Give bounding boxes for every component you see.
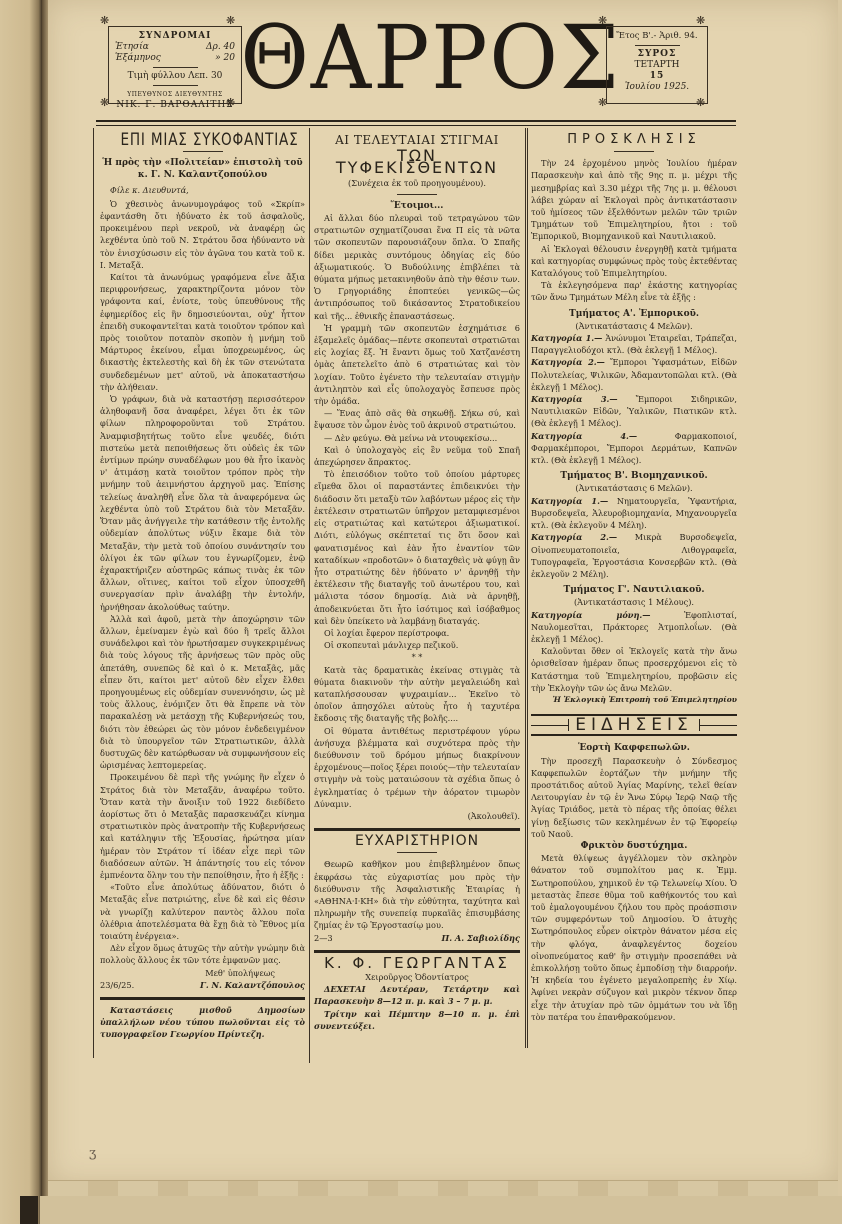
continuation-note: (Συνέχεια ἐκ τοῦ προηγουμένου).: [314, 177, 520, 189]
book-spine-left-page: [0, 0, 42, 1224]
rule: [700, 725, 737, 726]
row-label: Ἐτησία: [115, 42, 149, 53]
paragraph: «Τοῦτο εἶνε ἀπολύτως ἀδύνατον, διότι ὁ Μ…: [100, 881, 305, 942]
closing: Μεθ' ὑπολήψεως: [100, 967, 275, 979]
paragraph: Οἱ σκοπευταὶ μάνλιχερ πεζικοῦ.: [314, 639, 520, 651]
paragraph: Κατὰ τὰς δραματικὰς ἐκείνας στιγμὰς τὰ θ…: [314, 664, 520, 725]
category: Κατηγορία 4.— Φαρμακοποιοί, Φαρμακέμπορο…: [531, 430, 737, 467]
headline-line-2: ΤΩΝ ΤΥΦΕΚΙΣΘΕΝΤΩΝ: [314, 150, 520, 174]
paragraph: Αἱ Ἐκλογαὶ θέλουσιν ἐνεργηθῇ κατὰ τμήματ…: [531, 243, 737, 280]
row-value: Δρ. 40: [206, 42, 235, 53]
section-title: Ἕτοιμοι...: [314, 200, 520, 212]
paragraph: Προκειμένου δὲ περὶ τῆς γνώμης ἣν εἶχεν …: [100, 771, 305, 881]
category-label: Κατηγορία 4.—: [531, 431, 637, 441]
news-title: Φρικτὸν δυστύχημα.: [531, 840, 737, 852]
ad-name: Κ. Φ. ΓΕΩΡΓΑΝΤΑΣ: [314, 957, 520, 969]
thanks-text: Θεωρῶ καθῆκον μου ἐπιβεβλημένον ὅπως ἐκφ…: [314, 858, 520, 931]
subscription-row-annual: Ἐτησία Δρ. 40: [115, 42, 235, 53]
place: ΣΥΡΟΣ: [613, 49, 701, 60]
paragraph: Οἱ λοχίαι ἔφερον περίστροφα.: [314, 627, 520, 639]
committee-signature: Ἡ Ἐκλογικὴ Ἐπιτροπὴ τοῦ Ἐπιμελητηρίου: [531, 694, 737, 706]
divider: [314, 950, 520, 953]
section-title: Τμήματος Β'. Βιομηχανικοῦ.: [531, 470, 737, 482]
column-rule: [93, 128, 94, 1058]
weekday: ΤΕΤΑΡΤΗ: [613, 60, 701, 71]
ref-number: 2—3: [314, 932, 333, 944]
divider: [614, 151, 654, 152]
category: Κατηγορία μόνη.— Ἐφοπλισταί, Ναυλομεσῖτα…: [531, 609, 737, 646]
news-header-label: ΕΙΔΗΣΕΙΣ: [568, 719, 699, 731]
divider: [397, 194, 437, 195]
headline-prosklisis: ΠΡΟΣΚΛΗΣΙΣ: [531, 134, 737, 146]
ad-hours: Τρίτην καὶ Πέμπτην 8—10 π. μ. ἐπὶ συνεντ…: [314, 1008, 520, 1032]
ad-hours: ΔΕΧΕΤΑΙ Δευτέραν, Τετάρτην καὶ Παρασκευὴ…: [314, 983, 520, 1007]
lower-pages: [40, 1196, 842, 1224]
headline-sykofantia: ΕΠΙ ΜΙΑΣ ΣΥΚΟΦΑΝΤΙΑΣ: [121, 134, 285, 146]
category-label: Κατηγορία 3.—: [531, 394, 618, 404]
paragraph: Οἱ θύματα ἀντιθέτως περιστρέφουν γύρω ἀν…: [314, 725, 520, 810]
subscription-heading: ΣΥΝΔΡΟΜΑΙ: [115, 31, 235, 42]
column-left: ΕΠΙ ΜΙΑΣ ΣΥΚΟΦΑΝΤΙΑΣ Ἡ πρὸς τὴν «Πολιτεί…: [100, 130, 305, 1041]
category: Κατηγορία 2.— Ἔμποροι Ὑφασμάτων, Εἰδῶν Π…: [531, 356, 737, 393]
category-label: Κατηγορία 1.—: [531, 496, 608, 506]
page-stack-edges: [48, 1180, 838, 1197]
to-be-continued: (Ἀκολουθεῖ).: [314, 810, 520, 822]
paragraph: Ὁ γράφων, διὰ νὰ καταστήσῃ περισσότερον …: [100, 393, 305, 613]
article-subhead: Ἡ πρὸς τὴν «Πολιτείαν» ἐπιστολὴ τοῦ κ. Γ…: [100, 157, 305, 181]
row-label: Ἑξάμηνος: [115, 53, 161, 64]
column-right: ΠΡΟΣΚΛΗΣΙΣ Τὴν 24 ἐρχομένου μηνὸς Ἰουλίο…: [531, 130, 737, 1023]
scan-shadow: [20, 1196, 38, 1224]
row-value: » 20: [215, 53, 235, 64]
paragraph: — Δὲν φεύγω. Θὰ μείνω νὰ ντουφεκίσω...: [314, 432, 520, 444]
letter-date: 23/6/25.: [100, 979, 134, 991]
masthead-rule: [96, 120, 736, 126]
ad-profession: Χειροῦργος Ὀδοντίατρος: [314, 971, 520, 983]
director-name: ΝΙΚ. Γ. ΒΑΡΘΑΛΙΤΗΣ: [115, 100, 235, 111]
paragraph: Ἀλλὰ καὶ ἀφοῦ, μετὰ τὴν ἀποχώρησιν τῶν ἄ…: [100, 613, 305, 772]
notice: Καταστάσεις μισθοῦ Δημοσίων ὑπαλλήλων νέ…: [100, 1004, 305, 1041]
issue-info-box: Ἔτος Β'.- Ἀριθ. 94. ΣΥΡΟΣ ΤΕΤΑΡΤΗ 15 Ἰου…: [606, 26, 708, 104]
section-title: Τμήματος Α'. Ἐμπορικοῦ.: [531, 308, 737, 320]
paragraph: Καὶ ὁ ὑπολοχαγὸς εἰς ἓν νεῦμα τοῦ Σπαῆ ἀ…: [314, 444, 520, 468]
category-label: Κατηγορία 2.—: [531, 532, 617, 542]
column-rule: [309, 128, 310, 1063]
category-label: Κατηγορία 1.—: [531, 333, 602, 343]
category: Κατηγορία 1.— Νηματουργεῖα, Ὑφαντήρια, Β…: [531, 495, 737, 532]
pencil-mark: ʒ: [89, 1146, 96, 1161]
divider: [153, 85, 198, 86]
column-rule: [525, 128, 528, 1048]
news-header: ΕΙΔΗΣΕΙΣ: [531, 714, 737, 736]
paragraph: Καίτοι τὰ ἀνωνύμως γραφόμενα εἶνε ἄξια π…: [100, 271, 305, 393]
newspaper-title: ΘΑΡΡΟΣ: [240, 8, 596, 108]
closing-paragraph: Καλοῦνται ὅθεν οἱ Ἐκλογεῖς κατὰ τὴν ἄνω …: [531, 645, 737, 694]
category-label: Κατηγορία 2.—: [531, 357, 605, 367]
divider: [153, 67, 198, 68]
signature-line: 23/6/25. Γ. Ν. Καλαντζόπουλος: [100, 979, 305, 991]
category: Κατηγορία 3.— Ἔμποροι Σιδηρικῶν, Ναυτιλι…: [531, 393, 737, 430]
rule: [531, 725, 568, 726]
section-note: (Ἀντικατάστασις 6 Μελῶν).: [531, 482, 737, 494]
issue-price: Τιμὴ φύλλου Λεπ. 30: [115, 71, 235, 82]
paragraph: Αἱ ἄλλαι δύο πλευραὶ τοῦ τετραγώνου τῶν …: [314, 212, 520, 322]
category: Κατηγορία 2.— Μικρὰ Βυρσοδεψεῖα, Οἰνοπνε…: [531, 531, 737, 580]
thanks-signature: Π. Α. Σαβιολίδης: [441, 932, 520, 944]
divider: [100, 997, 305, 1000]
paragraph: — Ἕνας ἀπὸ σᾶς θὰ σηκωθῇ. Σήκω σύ, καὶ ἔ…: [314, 407, 520, 431]
salutation: Φίλε κ. Διευθυντά,: [100, 184, 305, 196]
month-year: Ἰουλίου 1925.: [613, 82, 701, 93]
paragraph: Ὁ χθεσινὸς ἀνωνυμογράφος τοῦ «Σκρίπ» ἐφα…: [100, 198, 305, 271]
paragraph: Δὲν εἶχον ὅμως ἀτυχῶς τὴν αὐτὴν γνώμην δ…: [100, 942, 305, 966]
paragraph: Τὰ ἐκλεγησόμενα παρ' ἑκάστης κατηγορίας …: [531, 279, 737, 303]
year-number: Ἔτος Β'.- Ἀριθ. 94.: [613, 31, 701, 42]
column-middle: ΑΙ ΤΕΛΕΥΤΑΙΑΙ ΣΤΙΓΜΑΙ ΤΩΝ ΤΥΦΕΚΙΣΘΕΝΤΩΝ …: [314, 130, 520, 1032]
news-text: Μετὰ θλίψεως ἀγγέλλομεν τὸν σκληρὸν θάνα…: [531, 852, 737, 1023]
divider: [314, 828, 520, 831]
category-label: Κατηγορία μόνη.—: [531, 610, 650, 620]
paragraph: Ἡ γραμμὴ τῶν σκοπευτῶν ἐσχημάτισε 6 ἑξαμ…: [314, 322, 520, 407]
section-note: (Ἀντικατάστασις 4 Μελῶν).: [531, 320, 737, 332]
section-title: Τμήματος Γ'. Ναυτιλιακοῦ.: [531, 584, 737, 596]
news-title: Ἑορτὴ Καφφεπωλῶν.: [531, 742, 737, 754]
separator: * *: [314, 651, 520, 663]
divider: [397, 852, 437, 853]
masthead: ❋ ❋ ❋ ❋ ΣΥΝΔΡΟΜΑΙ Ἐτησία Δρ. 40 Ἑξάμηνος…: [96, 14, 736, 114]
headline-line-1: ΑΙ ΤΕΛΕΥΤΑΙΑΙ ΣΤΙΓΜΑΙ: [314, 134, 520, 146]
signature: Γ. Ν. Καλαντζόπουλος: [200, 979, 305, 991]
subscription-row-semiannual: Ἑξάμηνος » 20: [115, 53, 235, 64]
divider: [635, 45, 680, 46]
news-text: Τὴν προσεχῆ Παρασκευὴν ὁ Σύνδεσμος Καφφε…: [531, 755, 737, 840]
paragraph: Τὴν 24 ἐρχομένου μηνὸς Ἰουλίου ἡμέραν Πα…: [531, 157, 737, 242]
thanks-headline: ΕΥΧΑΡΙΣΤΗΡΙΟΝ: [314, 835, 520, 847]
paragraph: Τὸ ἐπεισόδιον τοῦτο τοῦ ὁποίου μάρτυρες …: [314, 468, 520, 627]
subscription-box: ΣΥΝΔΡΟΜΑΙ Ἐτησία Δρ. 40 Ἑξάμηνος » 20 Τι…: [108, 26, 242, 104]
day: 15: [613, 71, 701, 82]
category: Κατηγορία 1.— Ἀνώνυμοι Ἑταιρεῖαι, Τράπεζ…: [531, 332, 737, 356]
divider: [183, 151, 223, 152]
director-label: ΥΠΕΥΘΥΝΟΣ ΔΙΕΥΘΥΝΤΗΣ: [115, 89, 235, 100]
section-note: (Ἀντικατάστασις 1 Μέλους).: [531, 596, 737, 608]
thanks-signature-line: 2—3 Π. Α. Σαβιολίδης: [314, 932, 520, 944]
